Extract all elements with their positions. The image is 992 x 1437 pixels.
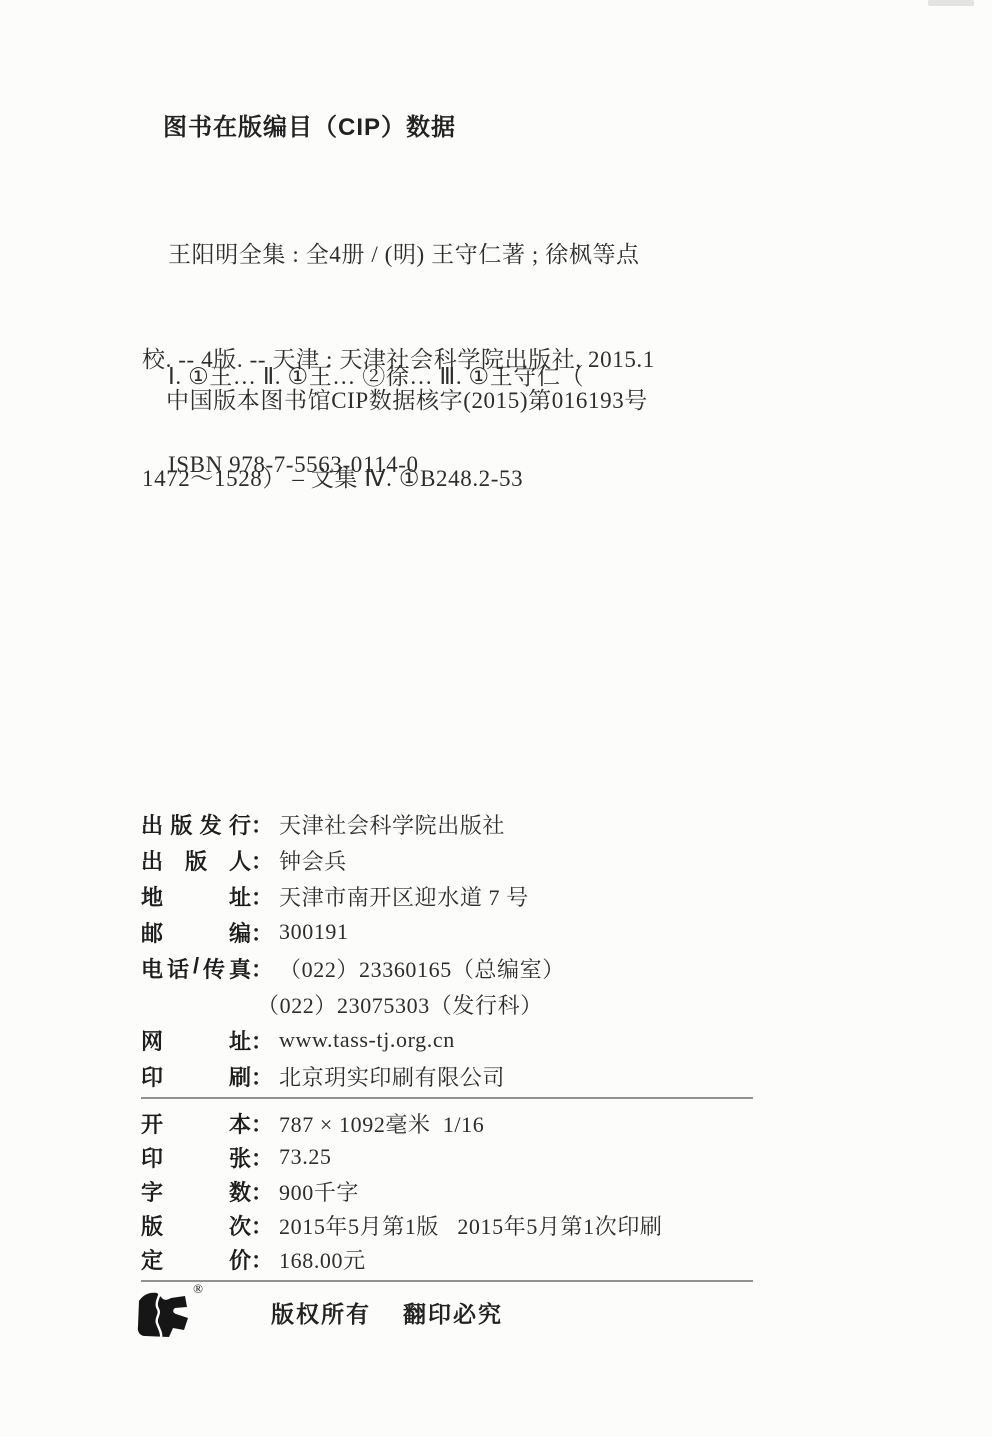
field-label: 电话/传真 bbox=[141, 953, 251, 984]
publisher-logo-icon bbox=[133, 1290, 189, 1340]
publication-row: 出版发行：天津社会科学院出版社 bbox=[141, 806, 753, 842]
field-label: 网址 bbox=[141, 1025, 251, 1056]
publication-row: 字数：900千字 bbox=[141, 1174, 753, 1208]
divider-rule bbox=[141, 1097, 753, 1099]
publisher-logo: ® bbox=[133, 1290, 189, 1340]
cip-copyright-page: 图书在版编目（CIP）数据 王阳明全集 : 全4册 / (明) 王守仁著 ; 徐… bbox=[0, 0, 992, 1437]
cip-classification-line: 1472～1528） – 文集 Ⅳ. ①B248.2-53 bbox=[142, 462, 822, 496]
publication-row: 开本：787 × 1092毫米 1/16 bbox=[141, 1106, 753, 1140]
scan-artifact bbox=[928, 0, 974, 6]
field-label: 印刷 bbox=[141, 1061, 251, 1092]
field-value: 73.25 bbox=[279, 1144, 332, 1170]
field-value: （022）23075303（发行科） bbox=[257, 989, 543, 1020]
field-value: 300191 bbox=[279, 919, 349, 945]
field-label: 邮编 bbox=[141, 917, 251, 948]
label-separator: ： bbox=[251, 845, 273, 876]
field-label: 字数 bbox=[141, 1176, 251, 1207]
label-separator: ： bbox=[251, 953, 273, 984]
label-separator: ： bbox=[251, 1025, 273, 1056]
publication-row: 定价：168.00元 bbox=[141, 1242, 753, 1276]
publication-row: 网址：www.tass-tj.org.cn bbox=[141, 1022, 753, 1058]
publication-row: 出版人：钟会兵 bbox=[141, 842, 753, 878]
label-separator: ： bbox=[251, 1244, 273, 1275]
field-value: 天津市南开区迎水道 7 号 bbox=[279, 881, 529, 912]
publication-info-section: 出版发行：天津社会科学院出版社出版人：钟会兵地址：天津市南开区迎水道 7 号邮编… bbox=[141, 806, 753, 1282]
footer: ® 版权所有 翻印必究 bbox=[133, 1283, 503, 1340]
label-separator: ： bbox=[251, 917, 273, 948]
copyright-notice: 版权所有 翻印必究 bbox=[271, 1296, 503, 1329]
field-label: 地址 bbox=[141, 881, 251, 912]
publication-row: 印张：73.25 bbox=[141, 1140, 753, 1174]
field-label: 出版人 bbox=[141, 845, 251, 876]
publication-row: 邮编：300191 bbox=[141, 914, 753, 950]
field-label: 出版发行 bbox=[141, 809, 251, 840]
copyright-notice-right: 翻印必究 bbox=[403, 1296, 503, 1329]
copyright-notice-left: 版权所有 bbox=[271, 1296, 371, 1329]
field-value: 天津社会科学院出版社 bbox=[279, 809, 505, 840]
field-value: 168.00元 bbox=[279, 1244, 366, 1275]
publication-contact-group: 出版发行：天津社会科学院出版社出版人：钟会兵地址：天津市南开区迎水道 7 号邮编… bbox=[141, 806, 753, 1094]
field-value: 钟会兵 bbox=[279, 845, 347, 876]
publication-print-group: 开本：787 × 1092毫米 1/16印张：73.25字数：900千字版次：2… bbox=[141, 1106, 753, 1276]
field-value: 2015年5月第1版 2015年5月第1次印刷 bbox=[279, 1210, 663, 1241]
cip-classification-block: Ⅰ. ①王… Ⅱ. ①王… ②徐… Ⅲ. ①王守仁（ 1472～1528） – … bbox=[142, 292, 822, 564]
label-separator: ： bbox=[251, 881, 273, 912]
registered-trademark-icon: ® bbox=[193, 1281, 203, 1297]
field-label: 定价 bbox=[141, 1244, 251, 1275]
publication-row: 印刷：北京玥实印刷有限公司 bbox=[141, 1058, 753, 1094]
publication-row: （022）23075303（发行科） bbox=[141, 986, 753, 1022]
cip-record-line: 王阳明全集 : 全4册 / (明) 王守仁著 ; 徐枫等点 bbox=[168, 237, 822, 272]
field-value: 787 × 1092毫米 1/16 bbox=[279, 1108, 484, 1139]
cip-registry-number: 中国版本图书馆CIP数据核字(2015)第016193号 bbox=[166, 386, 648, 416]
field-value: （022）23360165（总编室） bbox=[279, 953, 565, 984]
label-separator: ： bbox=[251, 1108, 273, 1139]
field-label: 开本 bbox=[141, 1108, 251, 1139]
field-value: www.tass-tj.org.cn bbox=[279, 1027, 455, 1053]
field-value: 北京玥实印刷有限公司 bbox=[279, 1061, 505, 1092]
publication-row: 电话/传真：（022）23360165（总编室） bbox=[141, 950, 753, 986]
label-separator: ： bbox=[251, 1210, 273, 1241]
field-label: 印张 bbox=[141, 1142, 251, 1173]
cip-title: 图书在版编目（CIP）数据 bbox=[163, 113, 456, 143]
field-label: 版次 bbox=[141, 1210, 251, 1241]
label-separator: ： bbox=[251, 1061, 273, 1092]
label-separator: ： bbox=[251, 1176, 273, 1207]
label-separator: ： bbox=[251, 1142, 273, 1173]
label-separator: ： bbox=[251, 809, 273, 840]
divider-rule bbox=[141, 1280, 753, 1282]
publication-row: 版次：2015年5月第1版 2015年5月第1次印刷 bbox=[141, 1208, 753, 1242]
publication-row: 地址：天津市南开区迎水道 7 号 bbox=[141, 878, 753, 914]
field-value: 900千字 bbox=[279, 1176, 359, 1207]
